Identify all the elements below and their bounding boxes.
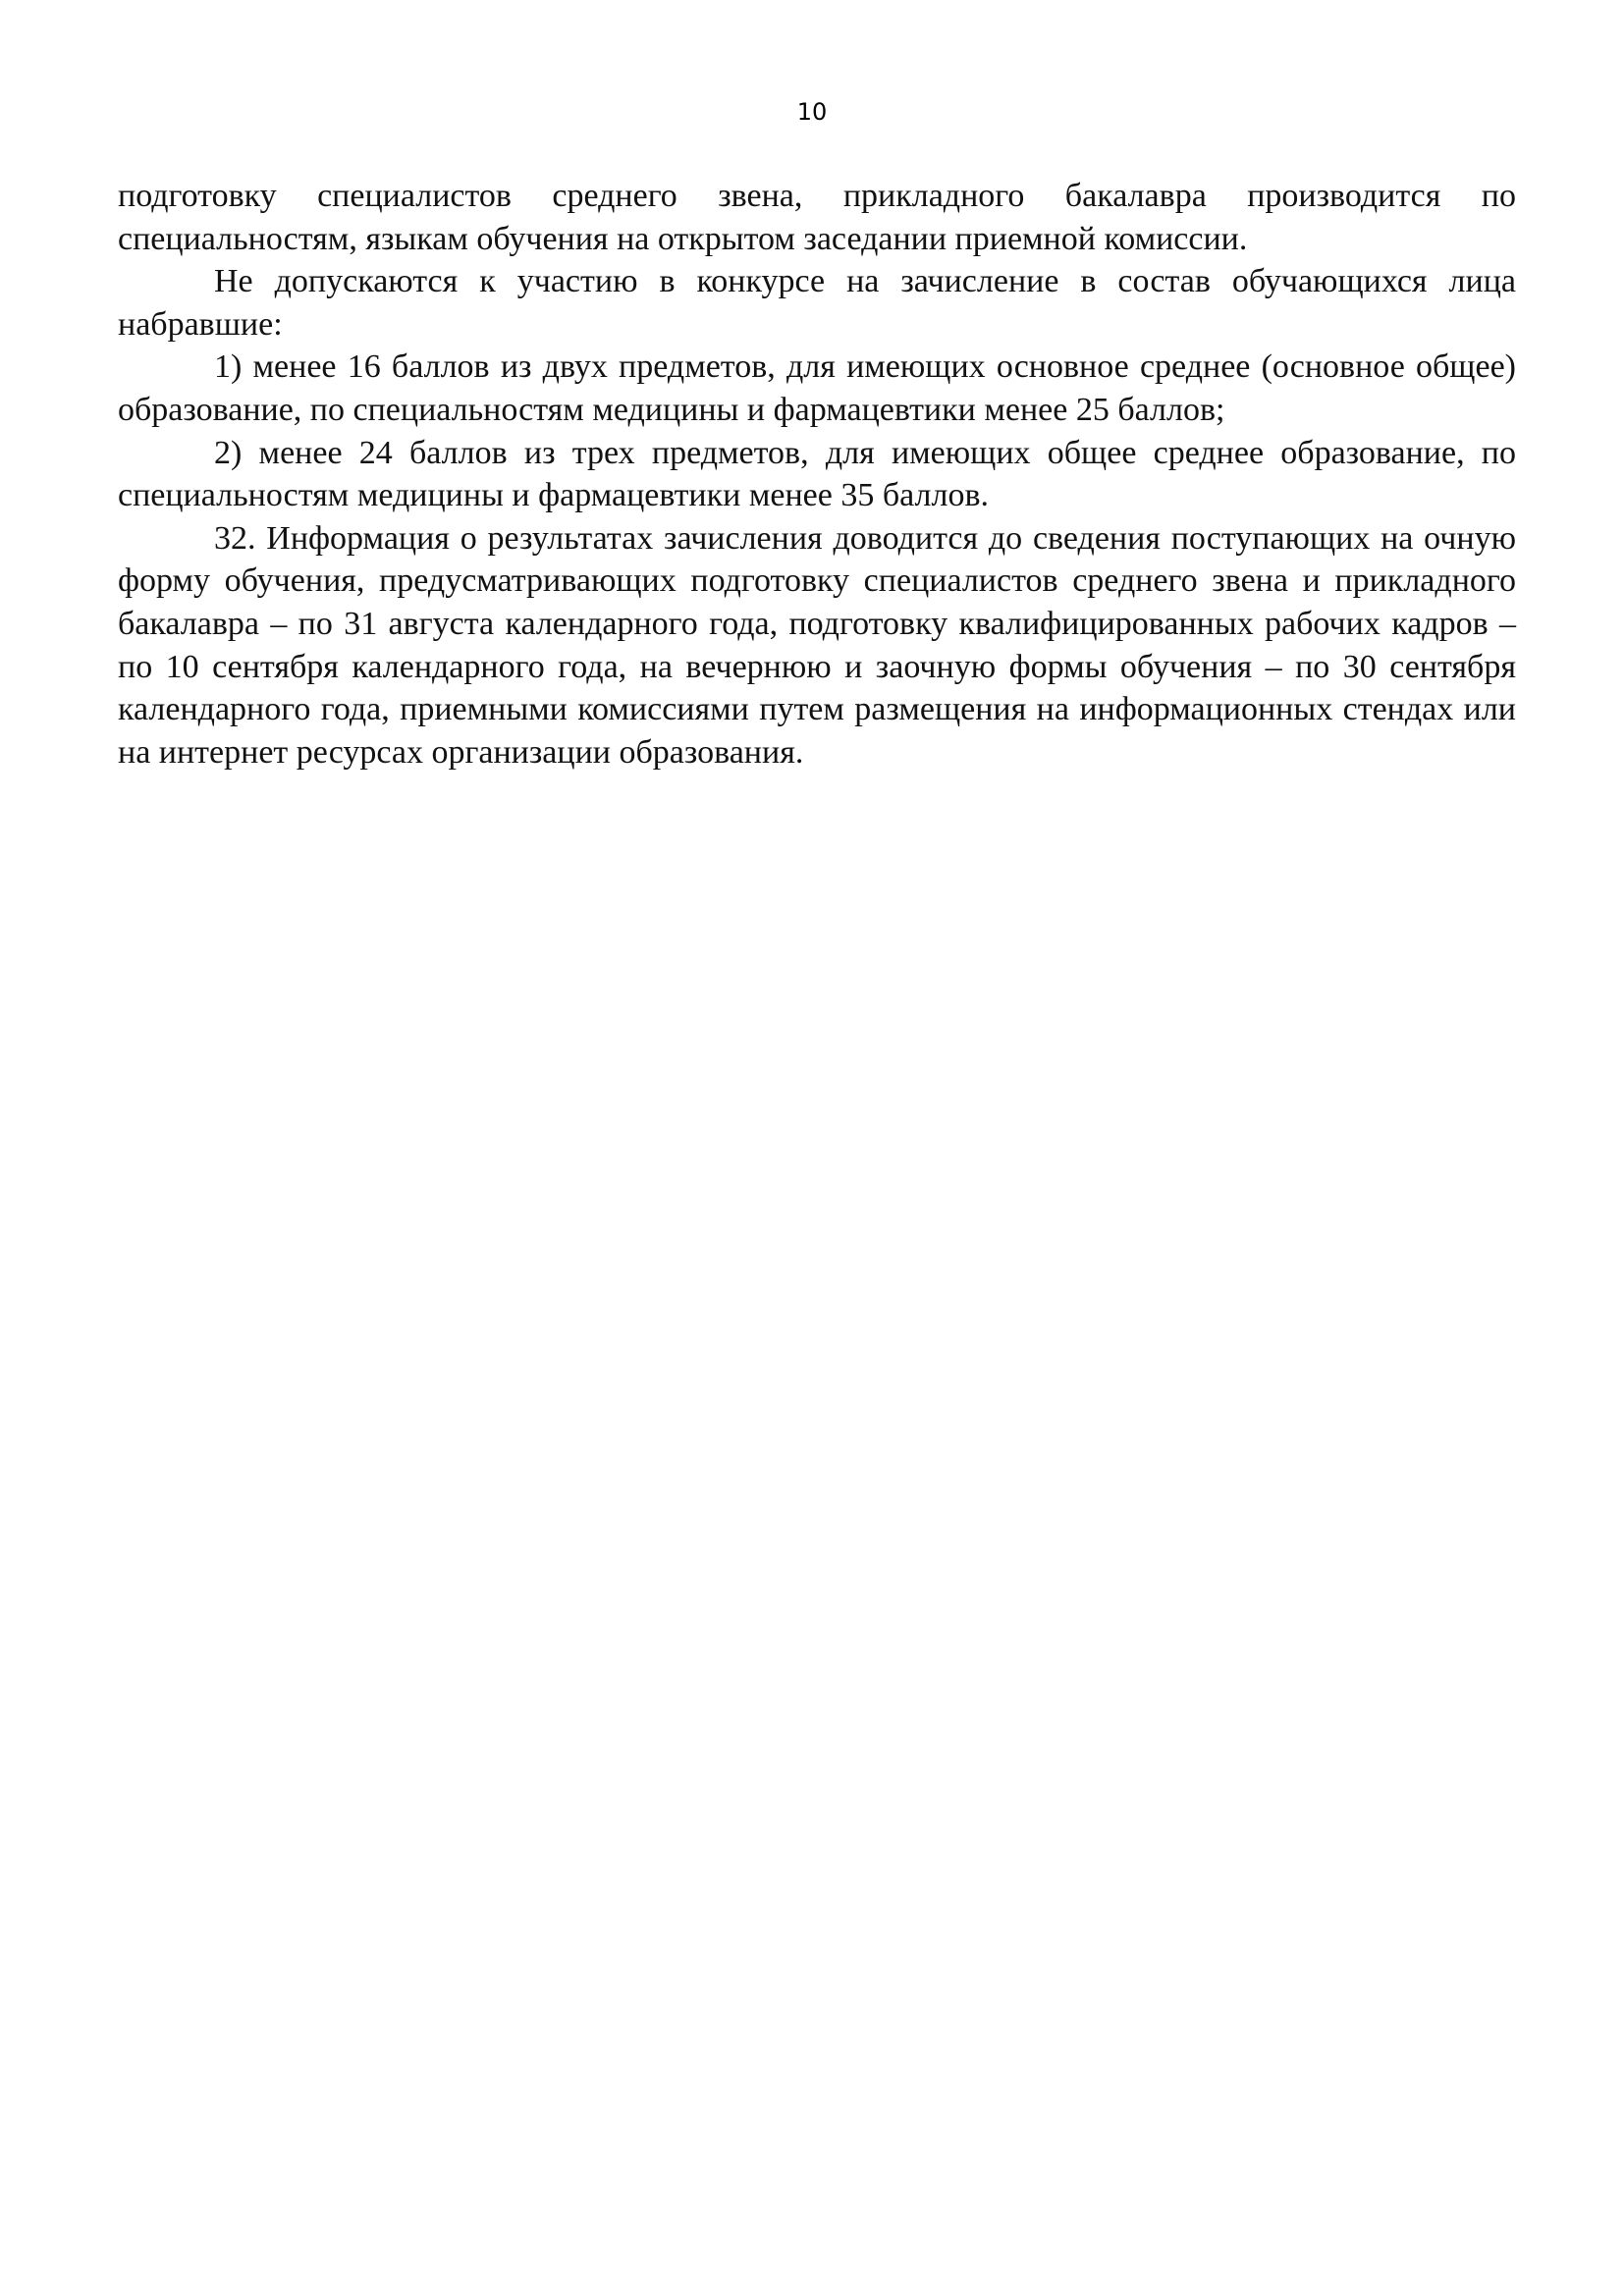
paragraph-32: 32. Информация о результатах зачисления … <box>118 517 1516 774</box>
document-body: подготовку специалистов среднего звена, … <box>118 175 1516 774</box>
page-number: 10 <box>0 98 1624 126</box>
paragraph-item-2: 2) менее 24 баллов из трех предметов, дл… <box>118 432 1516 517</box>
paragraph-item-1: 1) менее 16 баллов из двух предметов, дл… <box>118 346 1516 431</box>
paragraph-continuation: подготовку специалистов среднего звена, … <box>118 175 1516 260</box>
paragraph-exclusion-intro: Не допускаются к участию в конкурсе на з… <box>118 260 1516 346</box>
